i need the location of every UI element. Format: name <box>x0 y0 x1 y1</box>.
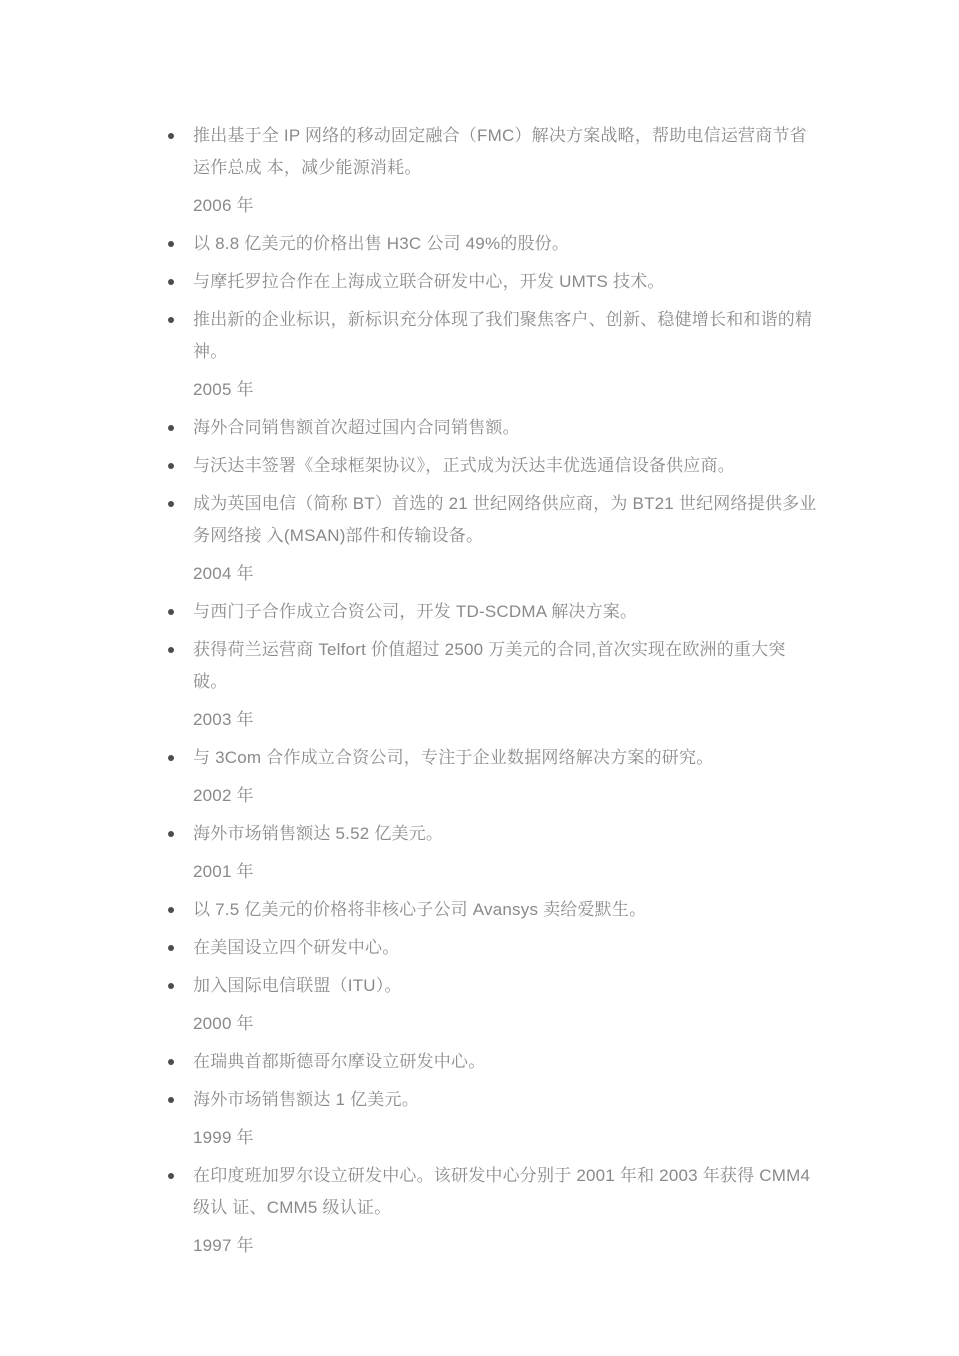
timeline-bullet-item: 成为英国电信（简称 BT）首选的 21 世纪网络供应商，为 BT21 世纪网络提… <box>0 488 822 552</box>
bullet-icon <box>168 133 174 139</box>
bullet-icon <box>168 1097 174 1103</box>
year-heading: 2003 年 <box>0 704 822 736</box>
timeline-bullet-item: 获得荷兰运营商 Telfort 价值超过 2500 万美元的合同,首次实现在欧洲… <box>0 634 822 698</box>
year-heading: 2002 年 <box>0 780 822 812</box>
item-text: 海外市场销售额达 5.52 亿美元。 <box>193 818 822 850</box>
item-text: 在美国设立四个研发中心。 <box>193 932 822 964</box>
timeline-bullet-item: 在瑞典首都斯德哥尔摩设立研发中心。 <box>0 1046 822 1078</box>
item-text: 推出新的企业标识，新标识充分体现了我们聚焦客户、创新、稳健增长和和谐的精 神。 <box>193 304 822 368</box>
year-label: 2003 年 <box>193 704 822 736</box>
timeline-list: 推出基于全 IP 网络的移动固定融合（FMC）解决方案战略，帮助电信运营商节省运… <box>0 120 822 1268</box>
item-text: 在瑞典首都斯德哥尔摩设立研发中心。 <box>193 1046 822 1078</box>
timeline-bullet-item: 在美国设立四个研发中心。 <box>0 932 822 964</box>
bullet-icon <box>168 317 174 323</box>
item-text: 海外合同销售额首次超过国内合同销售额。 <box>193 412 822 444</box>
item-text: 海外市场销售额达 1 亿美元。 <box>193 1084 822 1116</box>
bullet-icon <box>168 755 174 761</box>
year-heading: 2005 年 <box>0 374 822 406</box>
bullet-icon <box>168 501 174 507</box>
bullet-icon <box>168 463 174 469</box>
item-text: 以 7.5 亿美元的价格将非核心子公司 Avansys 卖给爱默生。 <box>193 894 822 926</box>
bullet-icon <box>168 647 174 653</box>
year-heading: 2001 年 <box>0 856 822 888</box>
item-text: 在印度班加罗尔设立研发中心。该研发中心分别于 2001 年和 2003 年获得 … <box>193 1160 822 1224</box>
timeline-bullet-item: 推出新的企业标识，新标识充分体现了我们聚焦客户、创新、稳健增长和和谐的精 神。 <box>0 304 822 368</box>
item-text: 以 8.8 亿美元的价格出售 H3C 公司 49%的股份。 <box>193 228 822 260</box>
bullet-icon <box>168 983 174 989</box>
timeline-bullet-item: 以 7.5 亿美元的价格将非核心子公司 Avansys 卖给爱默生。 <box>0 894 822 926</box>
item-text: 推出基于全 IP 网络的移动固定融合（FMC）解决方案战略，帮助电信运营商节省运… <box>193 120 822 184</box>
bullet-icon <box>168 609 174 615</box>
year-label: 2005 年 <box>193 374 822 406</box>
timeline-bullet-item: 与 3Com 合作成立合资公司，专注于企业数据网络解决方案的研究。 <box>0 742 822 774</box>
timeline-bullet-item: 与摩托罗拉合作在上海成立联合研发中心，开发 UMTS 技术。 <box>0 266 822 298</box>
bullet-icon <box>168 1173 174 1179</box>
bullet-icon <box>168 425 174 431</box>
timeline-bullet-item: 海外市场销售额达 1 亿美元。 <box>0 1084 822 1116</box>
year-label: 2000 年 <box>193 1008 822 1040</box>
item-text: 获得荷兰运营商 Telfort 价值超过 2500 万美元的合同,首次实现在欧洲… <box>193 634 822 698</box>
timeline-bullet-item: 与沃达丰签署《全球框架协议》，正式成为沃达丰优选通信设备供应商。 <box>0 450 822 482</box>
year-heading: 1997 年 <box>0 1230 822 1262</box>
timeline-bullet-item: 与西门子合作成立合资公司，开发 TD-SCDMA 解决方案。 <box>0 596 822 628</box>
item-text: 成为英国电信（简称 BT）首选的 21 世纪网络供应商，为 BT21 世纪网络提… <box>193 488 822 552</box>
item-text: 与沃达丰签署《全球框架协议》，正式成为沃达丰优选通信设备供应商。 <box>193 450 822 482</box>
bullet-icon <box>168 831 174 837</box>
year-heading: 1999 年 <box>0 1122 822 1154</box>
item-text: 加入国际电信联盟（ITU）。 <box>193 970 822 1002</box>
timeline-bullet-item: 以 8.8 亿美元的价格出售 H3C 公司 49%的股份。 <box>0 228 822 260</box>
item-text: 与摩托罗拉合作在上海成立联合研发中心，开发 UMTS 技术。 <box>193 266 822 298</box>
document-page: 推出基于全 IP 网络的移动固定融合（FMC）解决方案战略，帮助电信运营商节省运… <box>0 0 959 1356</box>
timeline-bullet-item: 在印度班加罗尔设立研发中心。该研发中心分别于 2001 年和 2003 年获得 … <box>0 1160 822 1224</box>
year-heading: 2004 年 <box>0 558 822 590</box>
year-label: 1999 年 <box>193 1122 822 1154</box>
year-label: 2001 年 <box>193 856 822 888</box>
year-heading: 2006 年 <box>0 190 822 222</box>
bullet-icon <box>168 1059 174 1065</box>
bullet-icon <box>168 241 174 247</box>
year-label: 2002 年 <box>193 780 822 812</box>
timeline-bullet-item: 加入国际电信联盟（ITU）。 <box>0 970 822 1002</box>
item-text: 与西门子合作成立合资公司，开发 TD-SCDMA 解决方案。 <box>193 596 822 628</box>
item-text: 与 3Com 合作成立合资公司，专注于企业数据网络解决方案的研究。 <box>193 742 822 774</box>
bullet-icon <box>168 907 174 913</box>
timeline-bullet-item: 海外合同销售额首次超过国内合同销售额。 <box>0 412 822 444</box>
year-label: 2004 年 <box>193 558 822 590</box>
bullet-icon <box>168 945 174 951</box>
bullet-icon <box>168 279 174 285</box>
year-heading: 2000 年 <box>0 1008 822 1040</box>
year-label: 2006 年 <box>193 190 822 222</box>
year-label: 1997 年 <box>193 1230 822 1262</box>
timeline-bullet-item: 推出基于全 IP 网络的移动固定融合（FMC）解决方案战略，帮助电信运营商节省运… <box>0 120 822 184</box>
timeline-bullet-item: 海外市场销售额达 5.52 亿美元。 <box>0 818 822 850</box>
